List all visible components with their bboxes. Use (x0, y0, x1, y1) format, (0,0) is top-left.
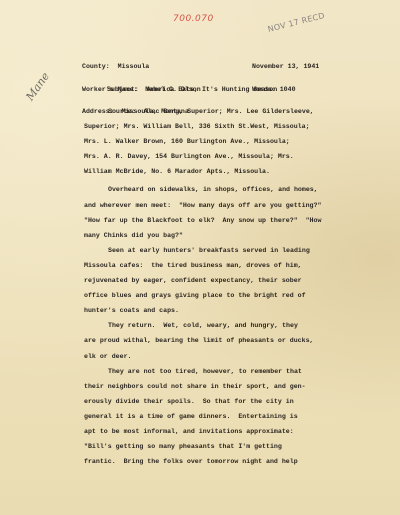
body-text-line: Mrs. L. Walker Brown, 160 Burlington Ave… (84, 134, 400, 149)
body-text-line: They are not too tired, however, to reme… (84, 364, 400, 379)
body-text-line: erously divide their spoils. So that for… (84, 394, 400, 409)
body-text-line: rejuvenated by eager, confident expectan… (84, 273, 400, 288)
handwritten-margin-note: Mane (23, 70, 52, 103)
received-date-stamp: NOV 17 RECD (267, 11, 326, 34)
body-text-line: and wherever men meet: "How many days of… (84, 198, 400, 213)
typed-document-page: 700.070 NOV 17 RECD Mane County: Missoul… (0, 0, 400, 515)
body-text-line: William McBride, No. 6 Marador Apts., Mi… (84, 164, 400, 179)
body-text-line: Mrs. A. R. Davey, 154 Burlington Ave., M… (84, 149, 400, 164)
body-text-line: hunter's coats and caps. (84, 303, 400, 318)
header-info-right: November 13, 1941 Words: 1040 (252, 48, 319, 108)
body-text-line: "How far up the Blackfoot to elk? Any sn… (84, 213, 400, 228)
body-text-line: Superior; Mrs. William Bell, 336 Sixth S… (84, 119, 400, 134)
subject-line: Subject: America Eats, It's Hunting Seas… (107, 86, 277, 93)
document-body: Source: Alec Berg, Superior; Mrs. Lee Gi… (84, 104, 400, 469)
body-text-line: their neighbors could not share in their… (84, 379, 400, 394)
body-text-line: many Chinks did you bag?" (84, 228, 400, 243)
date-line: November 13, 1941 (252, 63, 319, 71)
body-text-line: frantic. Bring the folks over tomorrow n… (84, 454, 400, 469)
body-text-line: elk or deer. (84, 349, 400, 364)
body-text-line: "Bill's getting so many pheasants that I… (84, 439, 400, 454)
body-text-line: general it is a time of game dinners. En… (84, 409, 400, 424)
county-line: County: Missoula (82, 63, 201, 71)
catalog-number-annotation: 700.070 (173, 14, 214, 24)
body-text-line: They return. Wet, cold, weary, and hungr… (84, 318, 400, 333)
body-text-line: apt to be most informal, and invitations… (84, 424, 400, 439)
body-text-line: are proud withal, bearing the limit of p… (84, 333, 400, 348)
body-text-line: Overheard on sidewalks, in shops, office… (84, 182, 400, 197)
body-text-line: Seen at early hunters' breakfasts served… (84, 243, 400, 258)
body-text-line: Missoula cafes: the tired business man, … (84, 258, 400, 273)
body-text-line: Source: Alec Berg, Superior; Mrs. Lee Gi… (84, 104, 400, 119)
body-text-line: office blues and grays giving place to t… (84, 288, 400, 303)
